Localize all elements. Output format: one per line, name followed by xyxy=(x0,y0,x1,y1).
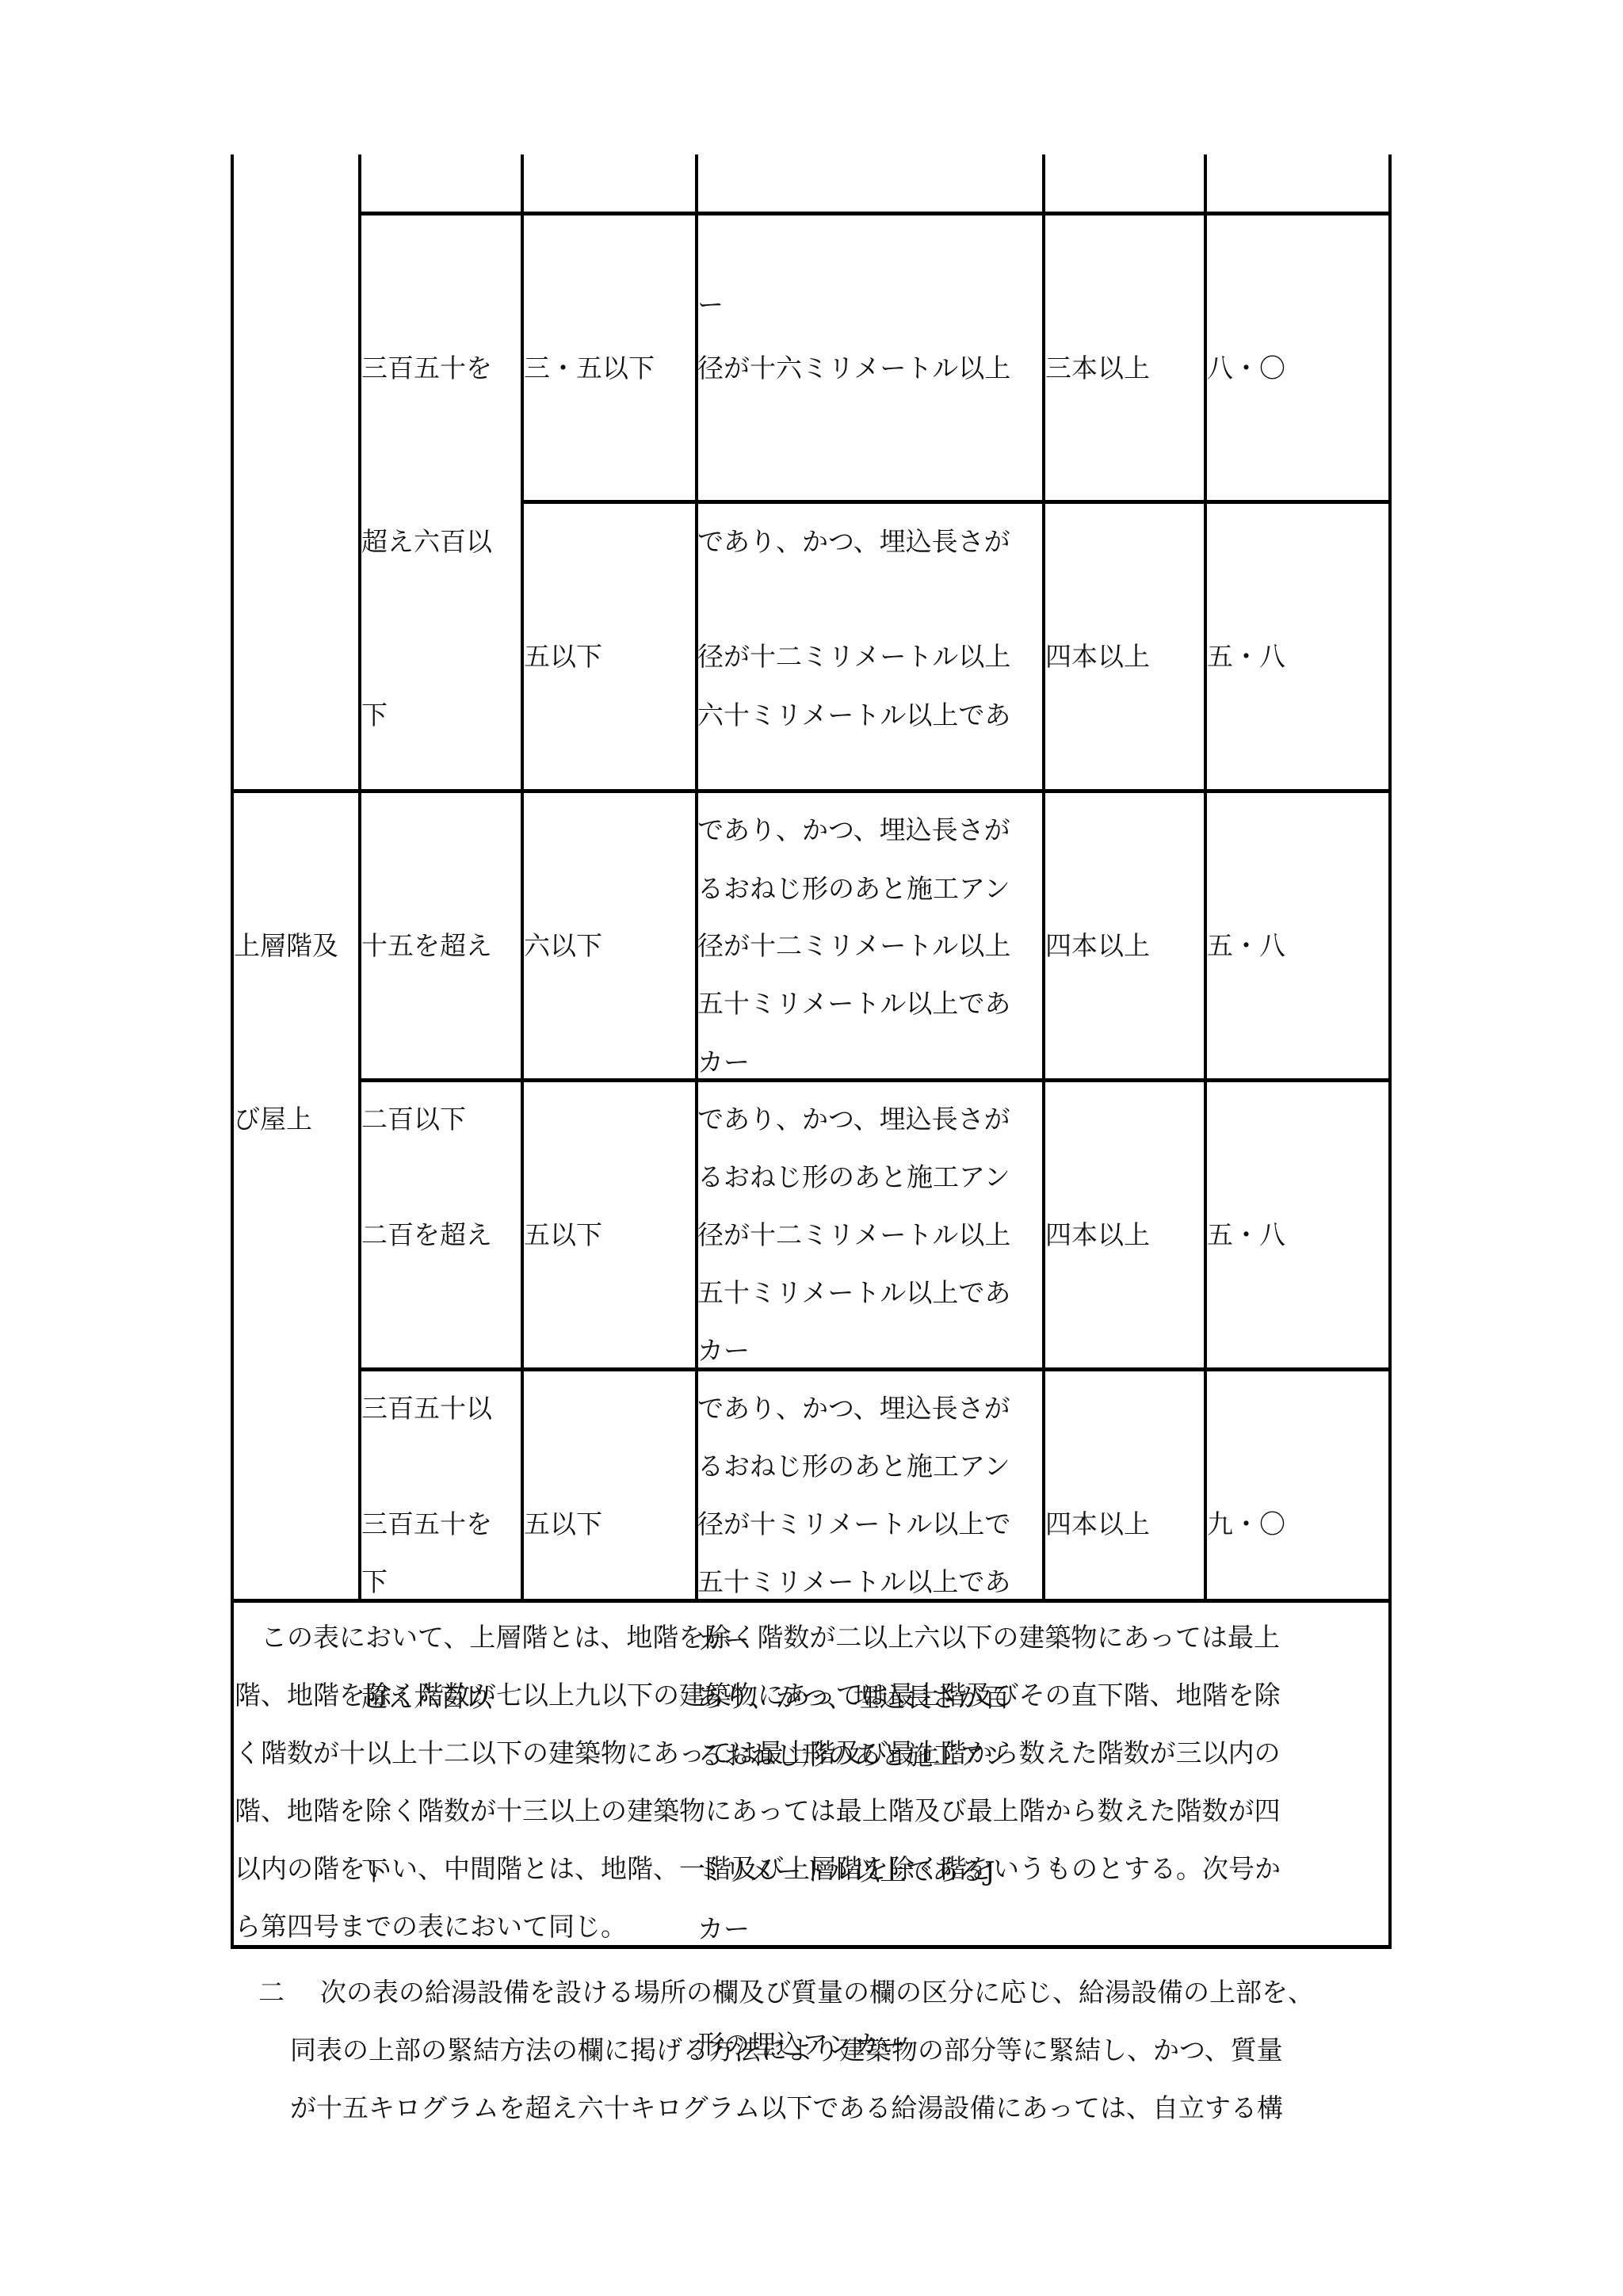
table-cell-aspect-ratio: 五以下 xyxy=(524,1090,602,1379)
table-cell-value: 五・八 xyxy=(1207,512,1285,801)
row-divider xyxy=(358,212,1392,215)
table-cell-location: 上層階及 び屋上 xyxy=(234,801,338,1264)
table-cell-count: 四本以上 xyxy=(1045,1090,1150,1379)
table-cell-value: 五・八 xyxy=(1207,1090,1285,1379)
item-number: 二 xyxy=(258,1963,320,2021)
document-page: ー 三百五十を 超え六百以 下 三・五以下 径が十六ミリメートル以上 であり、か… xyxy=(0,0,1623,2296)
table-cell-count: 四本以上 xyxy=(1045,801,1150,1090)
table-border-right xyxy=(1388,154,1392,1948)
table-cell-aspect-ratio: 五以下 xyxy=(524,512,602,801)
paragraph-item-2: 二次の表の給湯設備を設ける場所の欄及び質量の欄の区分に応じ、給湯設備の上部を、 … xyxy=(258,1963,1400,2137)
table-note: この表において、上層階とは、地階を除く階数が二以上六以下の建築物にあっては最上 … xyxy=(235,1608,1387,1955)
table-cell-count: 三本以上 xyxy=(1045,223,1150,513)
table-cell-value: 八・〇 xyxy=(1207,223,1285,513)
table-cell-aspect-ratio: 三・五以下 xyxy=(524,223,655,513)
table-cell-count: 四本以上 xyxy=(1045,512,1150,801)
table-cell-mass: 三百五十を 超え六百以 下 xyxy=(361,223,492,860)
table-cell-value: 五・八 xyxy=(1207,801,1285,1090)
table-cell-aspect-ratio: 六以下 xyxy=(524,801,602,1090)
